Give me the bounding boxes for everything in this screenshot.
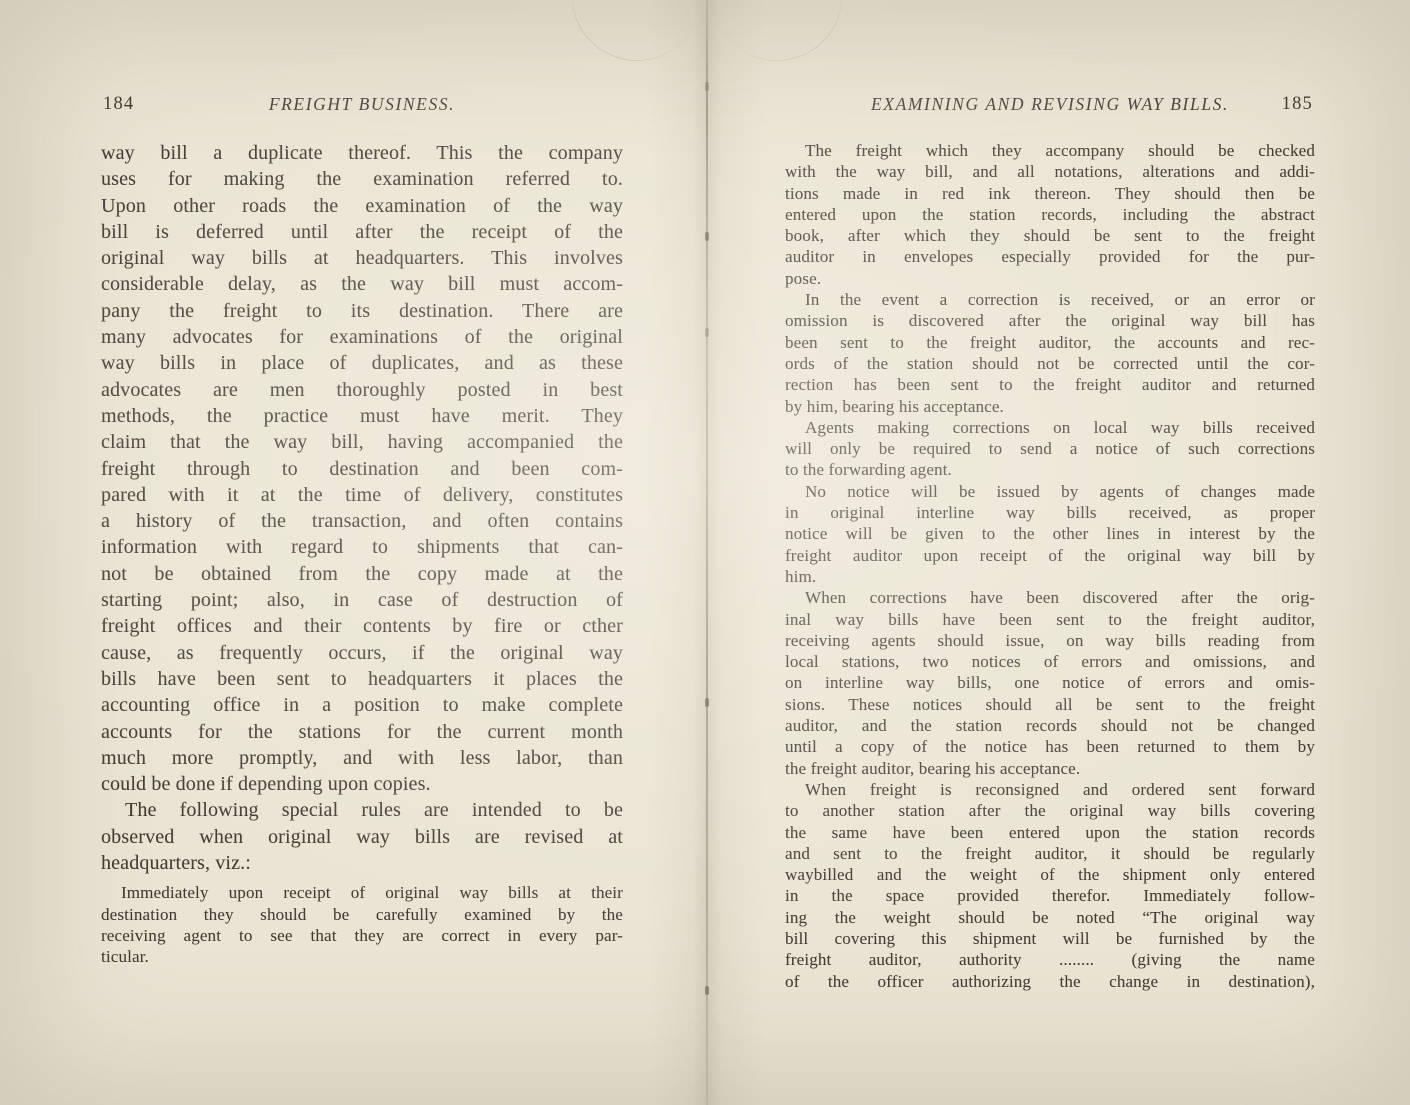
right-page-header: EXAMINING AND REVISING WAY BILLS. 185	[785, 94, 1315, 118]
paragraph: Agents making corrections on local way b…	[785, 417, 1315, 481]
text-line: pose.	[785, 268, 1315, 289]
left-page: 184 FREIGHT BUSINESS. way bill a duplica…	[0, 0, 705, 1105]
text-line: bill covering this shipment will be furn…	[785, 928, 1315, 949]
text-line: been sent to the freight auditor, the ac…	[785, 332, 1315, 353]
text-line: in original interline way bills received…	[785, 502, 1315, 523]
text-line: on interline way bills, one notice of er…	[785, 672, 1315, 693]
text-line: with the way bill, and all notations, al…	[785, 161, 1315, 182]
text-line: freight auditor upon receipt of the orig…	[785, 545, 1315, 566]
paragraph: When freight is reconsigned and ordered …	[785, 779, 1315, 992]
text-line: and sent to the freight auditor, it shou…	[785, 843, 1315, 864]
paragraph: In the event a correction is received, o…	[785, 289, 1315, 417]
text-line: bill is deferred until after the receipt…	[101, 219, 623, 245]
text-line: many advocates for examinations of the o…	[101, 324, 623, 350]
text-line: ing the weight should be noted “The orig…	[785, 907, 1315, 928]
right-running-title: EXAMINING AND REVISING WAY BILLS.	[785, 94, 1315, 115]
text-line: way bills in place of duplicates, and as…	[101, 350, 623, 376]
text-line: In the event a correction is received, o…	[785, 289, 1315, 310]
text-line: in the space provided therefor. Immediat…	[785, 885, 1315, 906]
right-page-text: The freight which they accompany should …	[785, 140, 1315, 992]
text-line: by him, bearing his acceptance.	[785, 396, 1315, 417]
text-line: cause, as frequently occurs, if the orig…	[101, 640, 623, 666]
text-line: Upon other roads the examination of the …	[101, 193, 623, 219]
text-line: not be obtained from the copy made at th…	[101, 561, 623, 587]
text-line: book, after which they should be sent to…	[785, 225, 1315, 246]
text-line: local stations, two notices of errors an…	[785, 651, 1315, 672]
left-running-title: FREIGHT BUSINESS.	[101, 94, 623, 115]
text-line: tions made in red ink thereon. They shou…	[785, 183, 1315, 204]
left-page-number: 184	[103, 94, 134, 115]
text-line: information with regard to shipments tha…	[101, 534, 623, 560]
text-line: of the officer authorizing the change in…	[785, 971, 1315, 992]
text-line: until a copy of the notice has been retu…	[785, 736, 1315, 757]
text-line: considerable delay, as the way bill must…	[101, 271, 623, 297]
text-line: receiving agent to see that they are cor…	[101, 925, 623, 946]
text-line: freight through to destination and been …	[101, 456, 623, 482]
text-line: starting point; also, in case of destruc…	[101, 587, 623, 613]
text-line: freight auditor, authority ........ (giv…	[785, 949, 1315, 970]
text-line: original way bills at headquarters. This…	[101, 245, 623, 271]
text-line: pared with it at the time of delivery, c…	[101, 482, 623, 508]
text-line: The freight which they accompany should …	[785, 140, 1315, 161]
text-line: will only be required to send a notice o…	[785, 438, 1315, 459]
right-page-number: 185	[1282, 94, 1313, 115]
text-line: to another station after the original wa…	[785, 800, 1315, 821]
text-line: auditor in envelopes especially provided…	[785, 246, 1315, 267]
text-line: claim that the way bill, having accompan…	[101, 429, 623, 455]
left-page-header: 184 FREIGHT BUSINESS.	[101, 94, 623, 118]
paragraph: When corrections have been discovered af…	[785, 587, 1315, 779]
text-line: him.	[785, 566, 1315, 587]
text-line: entered upon the station records, includ…	[785, 204, 1315, 225]
text-line: Agents making corrections on local way b…	[785, 417, 1315, 438]
text-line: observed when original way bills are rev…	[101, 824, 623, 850]
text-line: sions. These notices should all be sent …	[785, 694, 1315, 715]
text-line: bills have been sent to headquarters it …	[101, 666, 623, 692]
text-line: much more promptly, and with less labor,…	[101, 745, 623, 771]
text-line: freight offices and their contents by fi…	[101, 613, 623, 639]
paragraph: The freight which they accompany should …	[785, 140, 1315, 289]
text-line: methods, the practice must have merit. T…	[101, 403, 623, 429]
text-line: waybilled and the weight of the shipment…	[785, 864, 1315, 885]
text-line: the same have been entered upon the stat…	[785, 822, 1315, 843]
text-line: The following special rules are intended…	[101, 797, 623, 823]
paragraph: The following special rules are intended…	[101, 797, 623, 876]
text-line: When corrections have been discovered af…	[785, 587, 1315, 608]
text-line: inal way bills have been sent to the fre…	[785, 609, 1315, 630]
text-line: receiving agents should issue, on way bi…	[785, 630, 1315, 651]
book-spread: 184 FREIGHT BUSINESS. way bill a duplica…	[0, 0, 1410, 1105]
text-line: omission is discovered after the origina…	[785, 310, 1315, 331]
paragraph: way bill a duplicate thereof. This the c…	[101, 140, 623, 797]
text-line: Immediately upon receipt of original way…	[101, 882, 623, 903]
text-line: When freight is reconsigned and ordered …	[785, 779, 1315, 800]
text-line: uses for making the examination referred…	[101, 166, 623, 192]
text-line: headquarters, viz.:	[101, 850, 623, 876]
text-line: advocates are men thoroughly posted in b…	[101, 377, 623, 403]
paragraph: Immediately upon receipt of original way…	[101, 882, 623, 967]
text-line: No notice will be issued by agents of ch…	[785, 481, 1315, 502]
right-page: EXAMINING AND REVISING WAY BILLS. 185 Th…	[705, 0, 1410, 1105]
text-line: way bill a duplicate thereof. This the c…	[101, 140, 623, 166]
text-line: ords of the station should not be correc…	[785, 353, 1315, 374]
text-line: destination they should be carefully exa…	[101, 904, 623, 925]
left-page-text: way bill a duplicate thereof. This the c…	[101, 140, 623, 968]
text-line: to the forwarding agent.	[785, 459, 1315, 480]
text-line: auditor, and the station records should …	[785, 715, 1315, 736]
text-line: rection has been sent to the freight aud…	[785, 374, 1315, 395]
text-line: a history of the transaction, and often …	[101, 508, 623, 534]
text-line: accounting office in a position to make …	[101, 692, 623, 718]
text-line: pany the freight to its destination. The…	[101, 298, 623, 324]
text-line: could be done if depending upon copies.	[101, 771, 623, 797]
paragraph: No notice will be issued by agents of ch…	[785, 481, 1315, 587]
text-line: the freight auditor, bearing his accepta…	[785, 758, 1315, 779]
text-line: ticular.	[101, 946, 623, 967]
text-line: accounts for the stations for the curren…	[101, 719, 623, 745]
text-line: notice will be given to the other lines …	[785, 523, 1315, 544]
